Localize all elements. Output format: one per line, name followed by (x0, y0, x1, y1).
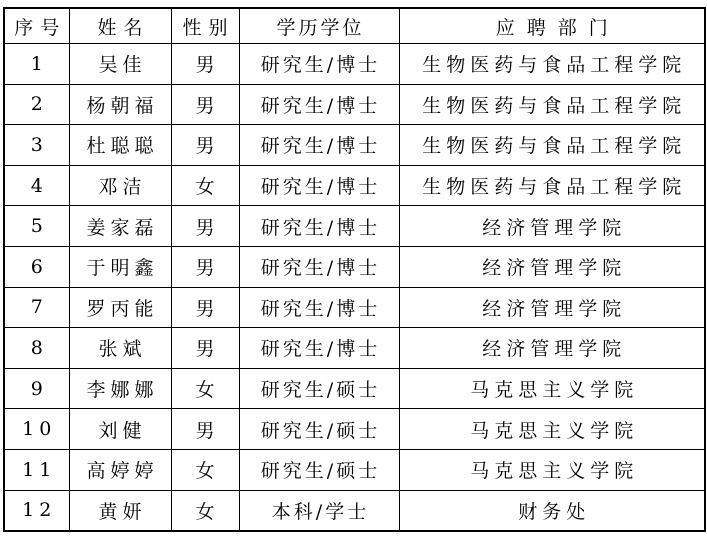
cell-index: 12 (4, 490, 69, 531)
cell-degree: 研究生/博士 (239, 125, 399, 166)
applicants-table: 序号 姓名 性别 学历学位 应聘部门 1吴佳男研究生/博士生物医药与食品工程学院… (3, 7, 706, 532)
cell-index: 11 (4, 449, 69, 490)
header-department: 应聘部门 (399, 8, 705, 44)
cell-name: 高婷婷 (69, 449, 171, 490)
cell-name: 张斌 (69, 328, 171, 369)
cell-gender: 男 (171, 328, 239, 369)
table-body: 1吴佳男研究生/博士生物医药与食品工程学院2杨朝福男研究生/博士生物医药与食品工… (4, 44, 705, 532)
cell-department: 生物医药与食品工程学院 (399, 44, 705, 85)
table-row: 8张斌男研究生/博士经济管理学院 (4, 328, 705, 369)
cell-degree: 研究生/博士 (239, 206, 399, 247)
cell-degree: 研究生/博士 (239, 44, 399, 85)
table-row: 2杨朝福男研究生/博士生物医药与食品工程学院 (4, 84, 705, 125)
cell-department: 马克思主义学院 (399, 449, 705, 490)
cell-degree: 研究生/博士 (239, 246, 399, 287)
cell-department: 生物医药与食品工程学院 (399, 125, 705, 166)
cell-department: 财务处 (399, 490, 705, 531)
table-row: 12黄妍女本科/学士财务处 (4, 490, 705, 531)
header-index: 序号 (4, 8, 69, 44)
cell-gender: 男 (171, 287, 239, 328)
cell-name: 罗丙能 (69, 287, 171, 328)
cell-degree: 研究生/博士 (239, 328, 399, 369)
cell-gender: 女 (171, 165, 239, 206)
cell-gender: 女 (171, 368, 239, 409)
cell-name: 姜家磊 (69, 206, 171, 247)
cell-department: 马克思主义学院 (399, 368, 705, 409)
header-row: 序号 姓名 性别 学历学位 应聘部门 (4, 8, 705, 44)
cell-index: 2 (4, 84, 69, 125)
cell-name: 黄妍 (69, 490, 171, 531)
cell-index: 7 (4, 287, 69, 328)
cell-name: 杨朝福 (69, 84, 171, 125)
header-degree: 学历学位 (239, 8, 399, 44)
header-name: 姓名 (69, 8, 171, 44)
table-row: 1吴佳男研究生/博士生物医药与食品工程学院 (4, 44, 705, 85)
cell-department: 经济管理学院 (399, 328, 705, 369)
cell-gender: 男 (171, 409, 239, 450)
cell-degree: 研究生/博士 (239, 165, 399, 206)
cell-gender: 男 (171, 206, 239, 247)
table-row: 7罗丙能男研究生/博士经济管理学院 (4, 287, 705, 328)
cell-degree: 研究生/博士 (239, 84, 399, 125)
cell-index: 9 (4, 368, 69, 409)
table-row: 4邓洁女研究生/博士生物医药与食品工程学院 (4, 165, 705, 206)
table-row: 5姜家磊男研究生/博士经济管理学院 (4, 206, 705, 247)
cell-index: 4 (4, 165, 69, 206)
cell-department: 经济管理学院 (399, 287, 705, 328)
table-row: 10刘健男研究生/硕士马克思主义学院 (4, 409, 705, 450)
table-header: 序号 姓名 性别 学历学位 应聘部门 (4, 8, 705, 44)
cell-degree: 研究生/硕士 (239, 409, 399, 450)
applicants-table-container: 序号 姓名 性别 学历学位 应聘部门 1吴佳男研究生/博士生物医药与食品工程学院… (3, 7, 706, 532)
cell-department: 生物医药与食品工程学院 (399, 84, 705, 125)
cell-gender: 女 (171, 490, 239, 531)
cell-name: 吴佳 (69, 44, 171, 85)
cell-department: 经济管理学院 (399, 246, 705, 287)
cell-name: 杜聪聪 (69, 125, 171, 166)
cell-degree: 本科/学士 (239, 490, 399, 531)
table-row: 9李娜娜女研究生/硕士马克思主义学院 (4, 368, 705, 409)
cell-index: 1 (4, 44, 69, 85)
cell-name: 于明鑫 (69, 246, 171, 287)
cell-index: 10 (4, 409, 69, 450)
cell-gender: 男 (171, 125, 239, 166)
cell-department: 生物医药与食品工程学院 (399, 165, 705, 206)
table-row: 3杜聪聪男研究生/博士生物医药与食品工程学院 (4, 125, 705, 166)
cell-gender: 男 (171, 44, 239, 85)
cell-name: 邓洁 (69, 165, 171, 206)
cell-index: 5 (4, 206, 69, 247)
cell-degree: 研究生/硕士 (239, 449, 399, 490)
cell-degree: 研究生/博士 (239, 287, 399, 328)
table-row: 11高婷婷女研究生/硕士马克思主义学院 (4, 449, 705, 490)
table-row: 6于明鑫男研究生/博士经济管理学院 (4, 246, 705, 287)
header-gender: 性别 (171, 8, 239, 44)
cell-department: 经济管理学院 (399, 206, 705, 247)
cell-degree: 研究生/硕士 (239, 368, 399, 409)
cell-index: 6 (4, 246, 69, 287)
cell-index: 8 (4, 328, 69, 369)
cell-department: 马克思主义学院 (399, 409, 705, 450)
cell-index: 3 (4, 125, 69, 166)
cell-gender: 男 (171, 84, 239, 125)
cell-gender: 女 (171, 449, 239, 490)
cell-name: 李娜娜 (69, 368, 171, 409)
cell-gender: 男 (171, 246, 239, 287)
cell-name: 刘健 (69, 409, 171, 450)
